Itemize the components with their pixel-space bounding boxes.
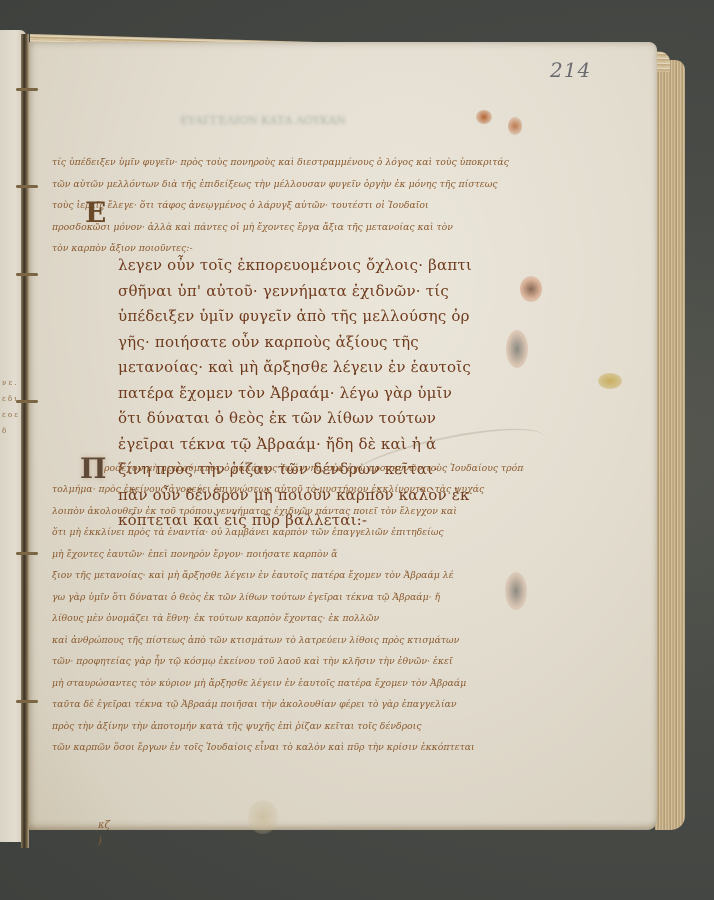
- main-text-line: ὑπέδειξεν ὑμῖν φυγεῖν ἀπὸ τῆς μελλούσης …: [118, 304, 538, 330]
- main-text-line: πατέρα ἔχομεν τὸν Ἀβραάμ· λέγω γὰρ ὑμῖν: [118, 381, 538, 407]
- commentary-bottom-body: τολμήμα· πρὸς ἐκείνους ἀγορεύει ἐπιγνώσε…: [52, 479, 522, 759]
- binding-stitch: [16, 88, 38, 91]
- commentary-line: λοιπὸν ἀκολουθεῖν ἐκ τοῦ τρόπου γεννήματ…: [52, 501, 522, 523]
- quire-mark: ): [98, 834, 110, 850]
- commentary-line: τολμήμα· πρὸς ἐκείνους ἀγορεύει ἐπιγνώσε…: [52, 479, 522, 501]
- quire-signature: κζ ): [98, 818, 110, 850]
- main-text-line: μετανοίας· καὶ μὴ ἄρξησθε λέγειν ἐν ἑαυτ…: [118, 355, 538, 381]
- commentary-line: ὅτι μὴ ἐκκλίνει πρὸς τὰ ἐναντία· οὐ λαμβ…: [52, 522, 522, 544]
- main-text-line: ὅτι δύναται ὁ θεὸς ἐκ τῶν λίθων τούτων: [118, 406, 538, 432]
- commentary-line: τίς ὑπέδειξεν ὑμῖν φυγεῖν· πρὸς τοὺς πον…: [52, 152, 522, 174]
- main-text-line: γῆς· ποιήσατε οὖν καρποὺς ἀξίους τῆς: [118, 330, 538, 356]
- bleed-through-heading: ΕΥΑΓΓΕΛΙΟΝ ΚΑΤΑ ΛΟΥΚΑΝ: [180, 114, 470, 128]
- commentary-line: προσδοκῶσι μόνον· ἀλλὰ καὶ πάντες οἱ μὴ …: [52, 217, 522, 239]
- commentary-line: μὴ ἔχοντες ἑαυτῶν· ἐπεὶ πονηρὸν ἔργον· π…: [52, 544, 522, 566]
- commentary-line: λίθους μὲν ὀνομάζει τὰ ἔθνη· ἐκ τούτων κ…: [52, 608, 522, 630]
- commentary-line: τῶν καρπῶν ὅσοι ἔργων ἐν τοῖς Ἰουδαίοις …: [52, 737, 522, 759]
- commentary-bottom: ροσέχου μὴ μετρούμενος ὁ μακάριος Ἰωάννη…: [104, 458, 524, 480]
- commentary-line: μὴ σταυρώσαντες τὸν κύριον μὴ ἄρξησθε λέ…: [52, 673, 522, 695]
- binding-stitch: [16, 552, 38, 555]
- commentary-line: τοὺς ἱερεῖς ἔλεγε· ὅτι τάφος ἀνεῳγμένος …: [52, 195, 522, 217]
- binding-stitch: [16, 185, 38, 188]
- rust-spot-top: [476, 110, 492, 124]
- commentary-line: ροσέχου μὴ μετρούμενος ὁ μακάριος Ἰωάννη…: [104, 458, 524, 480]
- page-block-edges: [655, 60, 685, 830]
- commentary-line: τῶν αὐτῶν μελλόντων διὰ τῆς ἐπιδείξεως τ…: [52, 174, 522, 196]
- commentary-line: πρὸς τὴν ἀξίνην τὴν ἀποτομήν κατὰ τῆς ψυ…: [52, 716, 522, 738]
- binding-stitch: [16, 700, 38, 703]
- commentary-line: γω γὰρ ὑμῖν ὅτι δύναται ὁ θεὸς ἐκ τῶν λί…: [52, 587, 522, 609]
- yellow-stain: [598, 373, 622, 389]
- quire-number: κζ: [98, 818, 110, 834]
- commentary-line: ταῦτα δὲ ἐγεῖραι τέκνα τῷ Ἀβραάμ ποιῆσαι…: [52, 694, 522, 716]
- main-text-line: ἐγεῖραι τέκνα τῷ Ἀβραάμ· ἤδη δὲ καὶ ἡ ἀ: [118, 432, 538, 458]
- binding-stitch: [16, 400, 38, 403]
- commentary-line: ξιον τῆς μετανοίας· καὶ μὴ ἄρξησθε λέγει…: [52, 565, 522, 587]
- main-text-line: λεγεν οὖν τοῖς ἐκπορευομένοις ὄχλοις· βα…: [118, 253, 538, 279]
- commentary-line: τῶν· προφητείας γὰρ ἦν τῷ κόσμῳ ἐκείνου …: [52, 651, 522, 673]
- light-spot-bottom: [248, 800, 278, 834]
- main-text-line: σθῆναι ὑπ' αὐτοῦ· γεννήματα ἐχιδνῶν· τίς: [118, 279, 538, 305]
- main-text-initial: Ε: [85, 196, 106, 229]
- folio-number: 214: [550, 58, 591, 82]
- rust-spot-top-2: [508, 117, 522, 135]
- left-page-marks: ν ε . ε δ ι ε ο ε δ: [2, 375, 20, 439]
- commentary-line: καὶ ἀνθρώπους τῆς πίστεως ἀπὸ τῶν κτισμά…: [52, 630, 522, 652]
- commentary-top: τίς ὑπέδειξεν ὑμῖν φυγεῖν· πρὸς τοὺς πον…: [52, 152, 522, 260]
- binding-gutter: [21, 34, 29, 848]
- binding-stitch: [16, 273, 38, 276]
